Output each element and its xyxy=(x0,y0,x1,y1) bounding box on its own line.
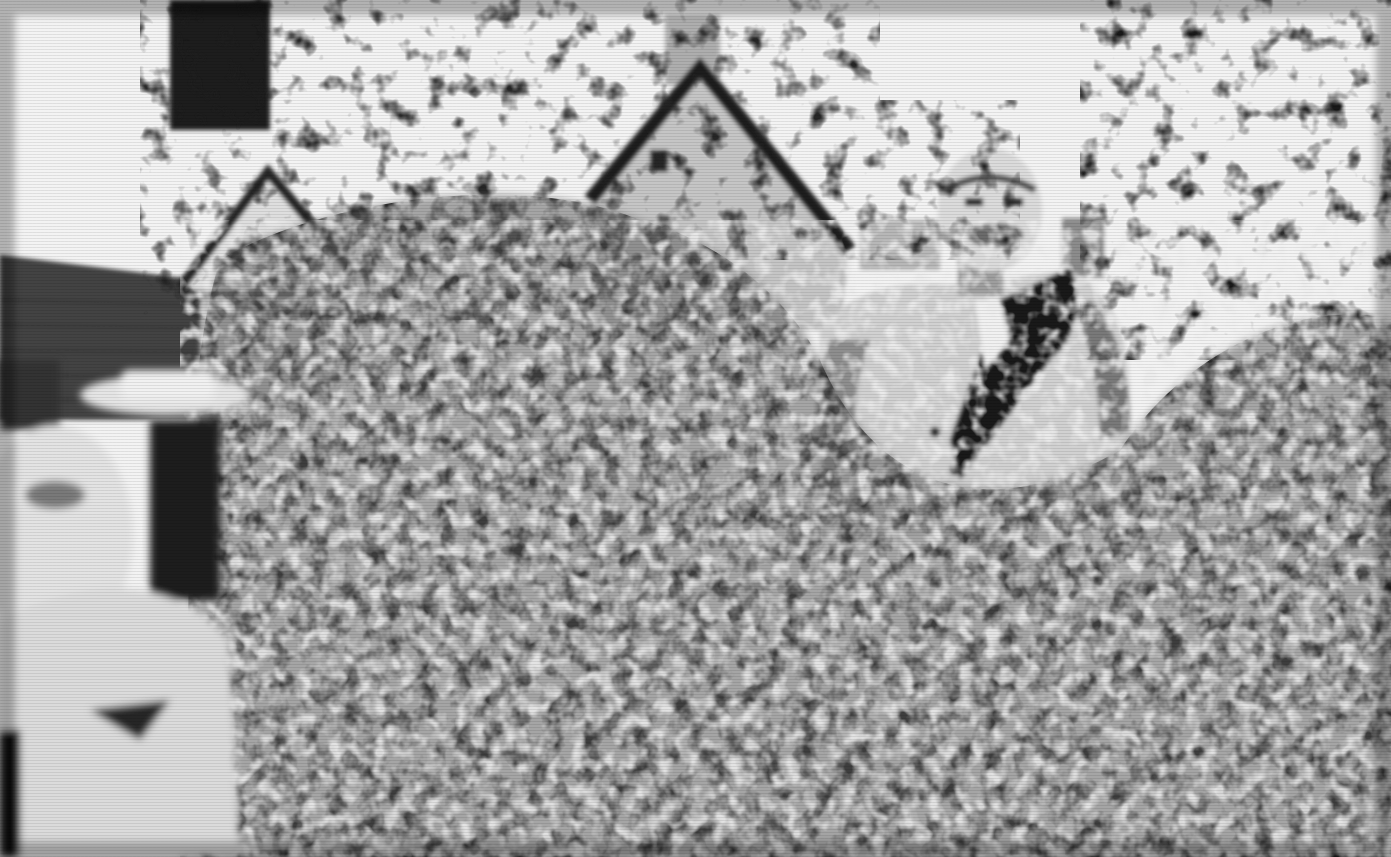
photograph: Grainy black-and-white photograph of a b… xyxy=(0,0,1391,857)
photo-scene xyxy=(0,0,1391,857)
flowering-bush xyxy=(180,195,1391,857)
